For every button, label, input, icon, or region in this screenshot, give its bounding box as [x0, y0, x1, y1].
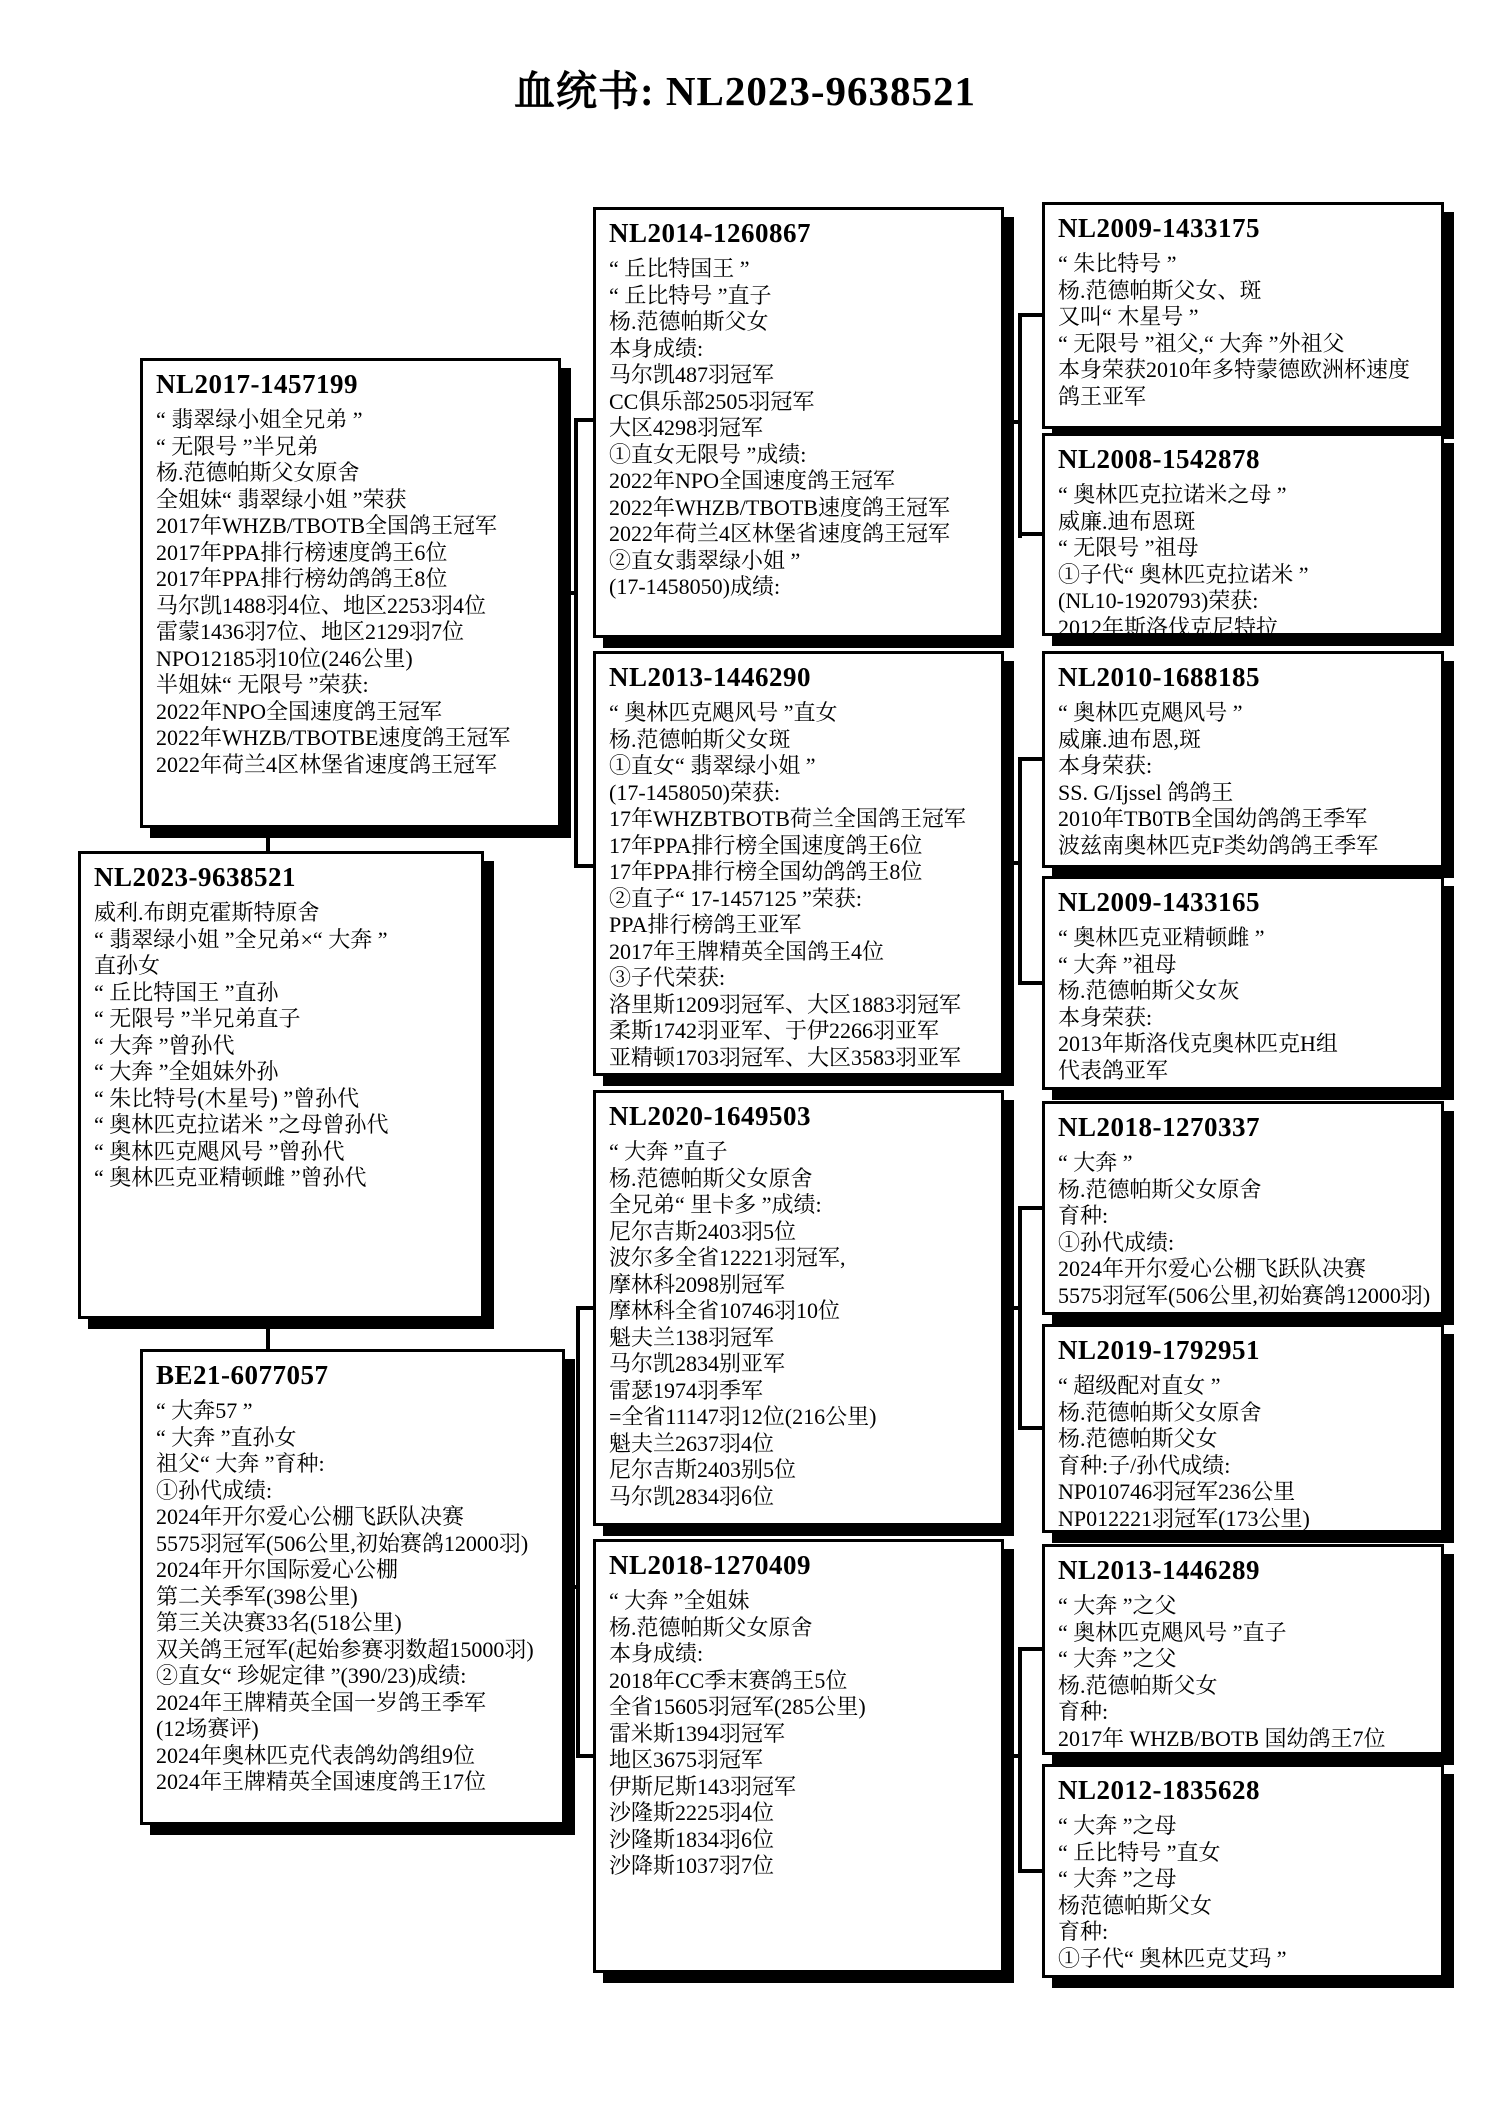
pedigree-line: 鸽王亚军: [1058, 384, 1431, 411]
pedigree-line: “ 大奔57 ”: [156, 1398, 552, 1425]
pedigree-line: “ 超级配对直女 ”: [1058, 1373, 1431, 1400]
box-lines: “ 奥林匹克飓风号 ”直女杨.范德帕斯父女斑①直女“ 翡翠绿小姐 ”(17-14…: [609, 700, 991, 1071]
pedigree-line: “ 丘比特国王 ”: [609, 256, 991, 283]
pedigree-line: 地区3675羽冠军: [609, 1747, 991, 1774]
pedigree-line: 本身成绩:: [609, 336, 991, 363]
pedigree-line: 17年WHZBTBOTB荷兰全国鸽王冠军: [609, 806, 991, 833]
pedigree-line: ①直女“ 翡翠绿小姐 ”: [609, 753, 991, 780]
pedigree-line: 沙隆斯2225羽4位: [609, 1800, 991, 1827]
box-lines: “ 大奔 ”之母“ 丘比特号 ”直女“ 大奔 ”之母杨范德帕斯父女育种:①子代“…: [1058, 1813, 1431, 1972]
pedigree-line: 2024年开尔爱心公棚飞跃队决赛: [156, 1504, 552, 1531]
pedigree-line: ③子代荣获:: [609, 965, 991, 992]
pedigree-line: 2017年PPA排行榜幼鸽鸽王8位: [156, 566, 548, 593]
pedigree-line: 摩林科2098别冠军: [609, 1272, 991, 1299]
pedigree-line: 2024年王牌精英全国速度鸽王17位: [156, 1769, 552, 1796]
pedigree-line: 威利.布朗克霍斯特原舍: [94, 900, 471, 927]
pedigree-line: NP012221羽冠军(173公里): [1058, 1506, 1431, 1533]
ring-number: NL2009-1433175: [1058, 213, 1431, 244]
pedigree-line: 本身荣获:: [1058, 1005, 1431, 1032]
pedigree-line: 杨.范德帕斯父女原舍: [1058, 1400, 1431, 1427]
ring-number: NL2010-1688185: [1058, 662, 1431, 693]
connector-line: [576, 1306, 580, 1758]
connector-line: [1018, 313, 1042, 317]
pedigree-line: “ 奥林匹克拉诺米之母 ”: [1058, 482, 1431, 509]
pedigree-line: 5575羽冠军(506公里,初始赛鸽12000羽): [156, 1531, 552, 1558]
pedigree-line: 雷瑟1974羽季军: [609, 1378, 991, 1405]
connector-line: [1018, 532, 1042, 536]
pedigree-line: “ 大奔 ”祖母: [1058, 952, 1431, 979]
ring-number: NL2013-1446290: [609, 662, 991, 693]
pedigree-line: 17年PPA排行榜全国幼鸽鸽王8位: [609, 859, 991, 886]
pedigree-line: 育种:子/孙代成绩:: [1058, 1453, 1431, 1480]
connector-line: [1018, 757, 1022, 985]
pedigree-line: 本身成绩:: [609, 1641, 991, 1668]
connector-line: [1018, 757, 1042, 761]
ring-number: NL2013-1446289: [1058, 1555, 1431, 1586]
ring-number: NL2009-1433165: [1058, 887, 1431, 918]
connector-line: [574, 418, 593, 422]
pedigree-line: 威廉.迪布恩,斑: [1058, 727, 1431, 754]
pedigree-box-be21-6077057: BE21-6077057 “ 大奔57 ”“ 大奔 ”直孙女祖父“ 大奔 ”育种…: [140, 1349, 565, 1825]
pedigree-line: “ 朱比特号(木星号) ”曾孙代: [94, 1086, 471, 1113]
pedigree-box-nl2013-1446290: NL2013-1446290 “ 奥林匹克飓风号 ”直女杨.范德帕斯父女斑①直女…: [593, 651, 1004, 1076]
ring-number: NL2012-1835628: [1058, 1775, 1431, 1806]
pedigree-line: ②直女“ 珍妮定律 ”(390/23)成绩:: [156, 1663, 552, 1690]
pedigree-line: 波尔多全省12221羽冠军,: [609, 1245, 991, 1272]
pedigree-line: 2024年奥林匹克代表鸽幼鸽组9位: [156, 1743, 552, 1770]
pedigree-line: “ 奥林匹克飓风号 ”曾孙代: [94, 1139, 471, 1166]
pedigree-line: “ 大奔 ”之母: [1058, 1866, 1431, 1893]
pedigree-line: 马尔凯2834别亚军: [609, 1351, 991, 1378]
box-lines: “ 大奔 ”之父“ 奥林匹克飓风号 ”直子“ 大奔 ”之父杨.范德帕斯父女育种:…: [1058, 1593, 1431, 1752]
pedigree-box-nl2018-1270337: NL2018-1270337 “ 大奔 ”杨.范德帕斯父女原舍育种:①孙代成绩:…: [1042, 1101, 1444, 1315]
pedigree-line: 祖父“ 大奔 ”育种:: [156, 1451, 552, 1478]
pedigree-line: “ 无限号 ”祖母: [1058, 535, 1431, 562]
pedigree-box-nl2013-1446289: NL2013-1446289 “ 大奔 ”之父“ 奥林匹克飓风号 ”直子“ 大奔…: [1042, 1544, 1444, 1755]
pedigree-line: 2022年NPO全国速度鸽王冠军: [156, 699, 548, 726]
pedigree-line: “ 丘比特号 ”直子: [609, 283, 991, 310]
connector-line: [574, 864, 593, 868]
pedigree-line: CC俱乐部2505羽冠军: [609, 389, 991, 416]
pedigree-line: 伊斯尼斯143羽冠军: [609, 1774, 991, 1801]
pedigree-line: “ 翡翠绿小姐全兄弟 ”: [156, 407, 548, 434]
pedigree-line: 17年PPA排行榜全国速度鸽王6位: [609, 833, 991, 860]
box-lines: “ 大奔 ”直子杨.范德帕斯父女原舍全兄弟“ 里卡多 ”成绩:尼尔吉斯2403羽…: [609, 1139, 991, 1510]
pedigree-line: 全姐妹“ 翡翠绿小姐 ”荣获: [156, 487, 548, 514]
pedigree-line: 杨范德帕斯父女: [1058, 1893, 1431, 1920]
pedigree-line: ①子代“ 奥林匹克拉诺米 ”: [1058, 562, 1431, 589]
pedigree-line: 育种:: [1058, 1203, 1431, 1230]
box-lines: “ 奥林匹克亚精顿雌 ”“ 大奔 ”祖母杨.范德帕斯父女灰本身荣获:2013年斯…: [1058, 925, 1431, 1084]
box-lines: “ 丘比特国王 ”“ 丘比特号 ”直子杨.范德帕斯父女本身成绩:马尔凯487羽冠…: [609, 256, 991, 601]
pedigree-line: 杨.范德帕斯父女原舍: [156, 460, 548, 487]
pedigree-line: (NL10-1920793)荣获:: [1058, 588, 1431, 615]
connector-line: [1018, 313, 1022, 538]
pedigree-line: 2010年TB0TB全国幼鸽鸽王季军: [1058, 806, 1431, 833]
pedigree-line: (17-1458050)荣获:: [609, 780, 991, 807]
pedigree-box-nl2020-1649503: NL2020-1649503 “ 大奔 ”直子杨.范德帕斯父女原舍全兄弟“ 里卡…: [593, 1090, 1004, 1526]
pedigree-line: 2024年开尔爱心公棚飞跃队决赛: [1058, 1256, 1431, 1283]
pedigree-line: 2017年WHZB/TBOTB全国鸽王冠军: [156, 513, 548, 540]
pedigree-line: 威廉.迪布恩斑: [1058, 509, 1431, 536]
pedigree-line: 洛里斯1209羽冠军、大区1883羽冠军: [609, 992, 991, 1019]
pedigree-box-nl2012-1835628: NL2012-1835628 “ 大奔 ”之母“ 丘比特号 ”直女“ 大奔 ”之…: [1042, 1764, 1444, 1978]
pedigree-line: 2024年王牌精英全国一岁鸽王季军: [156, 1690, 552, 1717]
pedigree-line: 育种:: [1058, 1699, 1431, 1726]
pedigree-line: 杨.范德帕斯父女原舍: [609, 1166, 991, 1193]
pedigree-line: 2022年荷兰4区林堡省速度鸽王冠军: [156, 752, 548, 779]
pedigree-line: ②直子“ 17-1457125 ”荣获:: [609, 886, 991, 913]
pedigree-box-nl2010-1688185: NL2010-1688185 “ 奥林匹克飓风号 ”威廉.迪布恩,斑本身荣获:S…: [1042, 651, 1444, 868]
connector-line: [1018, 1647, 1042, 1651]
pedigree-line: 杨.范德帕斯父女斑: [609, 727, 991, 754]
pedigree-line: 杨.范德帕斯父女: [1058, 1426, 1431, 1453]
pedigree-line: 杨.范德帕斯父女、斑: [1058, 278, 1431, 305]
pedigree-line: 2024年开尔国际爱心公棚: [156, 1557, 552, 1584]
ring-number: NL2023-9638521: [94, 862, 471, 893]
pedigree-line: (12场赛评): [156, 1716, 552, 1743]
box-lines: 威利.布朗克霍斯特原舍“ 翡翠绿小姐 ”全兄弟×“ 大奔 ”直孙女“ 丘比特国王…: [94, 900, 471, 1192]
pedigree-line: “ 大奔 ”之父: [1058, 1646, 1431, 1673]
pedigree-line: 摩林科全省10746羽10位: [609, 1298, 991, 1325]
pedigree-line: “ 奥林匹克飓风号 ”直子: [1058, 1620, 1431, 1647]
box-lines: “ 奥林匹克飓风号 ”威廉.迪布恩,斑本身荣获:SS. G/Ijssel 鸽鸽王…: [1058, 700, 1431, 859]
connector-line: [1018, 1426, 1042, 1430]
ring-number: NL2020-1649503: [609, 1101, 991, 1132]
pedigree-line: “ 大奔 ”之母: [1058, 1813, 1431, 1840]
pedigree-line: 沙降斯1037羽7位: [609, 1853, 991, 1880]
connector-line: [1018, 1647, 1022, 1873]
ring-number: BE21-6077057: [156, 1360, 552, 1391]
pedigree-line: “ 奥林匹克拉诺米 ”之母曾孙代: [94, 1112, 471, 1139]
pedigree-box-nl2018-1270409: NL2018-1270409 “ 大奔 ”全姐妹杨.范德帕斯父女原舍本身成绩:2…: [593, 1539, 1004, 1973]
box-lines: “ 大奔 ”杨.范德帕斯父女原舍育种:①孙代成绩:2024年开尔爱心公棚飞跃队决…: [1058, 1150, 1431, 1309]
pedigree-line: 2017年王牌精英全国鸽王4位: [609, 939, 991, 966]
pedigree-box-nl2009-1433165: NL2009-1433165 “ 奥林匹克亚精顿雌 ”“ 大奔 ”祖母杨.范德帕…: [1042, 876, 1444, 1090]
pedigree-line: “ 大奔 ”直孙女: [156, 1425, 552, 1452]
connector-line: [266, 1319, 270, 1352]
ring-number: NL2018-1270337: [1058, 1112, 1431, 1143]
pedigree-line: “ 奥林匹克飓风号 ”: [1058, 700, 1431, 727]
pedigree-line: 2018年CC季末赛鸽王5位: [609, 1668, 991, 1695]
box-lines: “ 大奔 ”全姐妹杨.范德帕斯父女原舍本身成绩:2018年CC季末赛鸽王5位全省…: [609, 1588, 991, 1880]
connector-line: [576, 1754, 593, 1758]
pedigree-line: ①孙代成绩:: [156, 1478, 552, 1505]
connector-line: [1018, 1869, 1042, 1873]
pedigree-line: 2013年斯洛伐克奥林匹克H组: [1058, 1031, 1431, 1058]
pedigree-line: “ 朱比特号 ”: [1058, 251, 1431, 278]
connector-line: [266, 828, 270, 854]
pedigree-line: “ 大奔 ”曾孙代: [94, 1033, 471, 1060]
pedigree-line: NP010746羽冠军236公里: [1058, 1479, 1431, 1506]
pedigree-line: 马尔凯1488羽4位、地区2253羽4位: [156, 593, 548, 620]
pedigree-line: “ 奥林匹克飓风号 ”直女: [609, 700, 991, 727]
pedigree-line: “ 奥林匹克亚精顿雌 ”曾孙代: [94, 1165, 471, 1192]
pedigree-line: 半姐妹“ 无限号 ”荣获:: [156, 672, 548, 699]
pedigree-line: 本身荣获2010年多特蒙德欧洲杯速度: [1058, 357, 1431, 384]
pedigree-line: 育种:: [1058, 1919, 1431, 1946]
pedigree-line: 魁夫兰2637羽4位: [609, 1431, 991, 1458]
pedigree-line: 第二关季军(398公里): [156, 1584, 552, 1611]
pedigree-line: SS. G/Ijssel 鸽鸽王: [1058, 780, 1431, 807]
pedigree-line: 第三关决赛33名(518公里): [156, 1610, 552, 1637]
pedigree-line: “ 无限号 ”祖父,“ 大奔 ”外祖父: [1058, 331, 1431, 358]
pedigree-line: 尼尔吉斯2403羽5位: [609, 1219, 991, 1246]
box-lines: “ 朱比特号 ”杨.范德帕斯父女、斑又叫“ 木星号 ”“ 无限号 ”祖父,“ 大…: [1058, 251, 1431, 410]
pedigree-line: 雷米斯1394羽冠军: [609, 1721, 991, 1748]
pedigree-line: 尼尔吉斯2403别5位: [609, 1457, 991, 1484]
pedigree-line: ①子代“ 奥林匹克艾玛 ”: [1058, 1946, 1431, 1973]
pedigree-box-nl2014-1260867: NL2014-1260867 “ 丘比特国王 ”“ 丘比特号 ”直子杨.范德帕斯…: [593, 207, 1004, 638]
pedigree-line: ②直女翡翠绿小姐 ”: [609, 548, 991, 575]
pedigree-line: “ 大奔 ”全姐妹外孙: [94, 1059, 471, 1086]
pedigree-line: “ 无限号 ”半兄弟直子: [94, 1006, 471, 1033]
pedigree-line: 又叫“ 木星号 ”: [1058, 304, 1431, 331]
pedigree-box-nl2017-1457199: NL2017-1457199 “ 翡翠绿小姐全兄弟 ”“ 无限号 ”半兄弟杨.范…: [140, 358, 561, 828]
box-lines: “ 大奔57 ”“ 大奔 ”直孙女祖父“ 大奔 ”育种:①孙代成绩:2024年开…: [156, 1398, 552, 1796]
ring-number: NL2018-1270409: [609, 1550, 991, 1581]
pedigree-line: (17-1458050)成绩:: [609, 574, 991, 601]
pedigree-line: 杨.范德帕斯父女灰: [1058, 978, 1431, 1005]
pedigree-line: 柔斯1742羽亚军、于伊2266羽亚军: [609, 1018, 991, 1045]
pedigree-line: 2022年NPO全国速度鸽王冠军: [609, 468, 991, 495]
pedigree-line: NPO12185羽10位(246公里): [156, 646, 548, 673]
pedigree-line: ①孙代成绩:: [1058, 1230, 1431, 1257]
pedigree-line: 马尔凯487羽冠军: [609, 362, 991, 389]
ring-number: NL2008-1542878: [1058, 444, 1431, 475]
pedigree-line: 全省15605羽冠军(285公里): [609, 1694, 991, 1721]
pedigree-line: 大区4298羽冠军: [609, 415, 991, 442]
pedigree-line: 雷蒙1436羽7位、地区2129羽7位: [156, 619, 548, 646]
connector-line: [574, 418, 578, 868]
connector-line: [1018, 1206, 1042, 1210]
pedigree-line: “ 大奔 ”: [1058, 1150, 1431, 1177]
pedigree-line: 双关鸽王冠军(起始参赛羽数超15000羽): [156, 1637, 552, 1664]
pedigree-line: 2017年PPA排行榜速度鸽王6位: [156, 540, 548, 567]
connector-line: [1018, 981, 1042, 985]
pedigree-line: 魁夫兰138羽冠军: [609, 1325, 991, 1352]
pedigree-line: “ 大奔 ”直子: [609, 1139, 991, 1166]
ring-number: NL2014-1260867: [609, 218, 991, 249]
ring-number: NL2017-1457199: [156, 369, 548, 400]
pedigree-box-nl2009-1433175: NL2009-1433175 “ 朱比特号 ”杨.范德帕斯父女、斑又叫“ 木星号…: [1042, 202, 1444, 429]
pedigree-line: 杨.范德帕斯父女: [609, 309, 991, 336]
pedigree-line: 2017年 WHZB/BOTB 国幼鸽王7位: [1058, 1726, 1431, 1753]
pedigree-line: 2022年WHZB/TBOTB速度鸽王冠军: [609, 495, 991, 522]
pedigree-line: 杨.范德帕斯父女原舍: [1058, 1177, 1431, 1204]
pedigree-line: “ 大奔 ”全姐妹: [609, 1588, 991, 1615]
pedigree-line: “ 大奔 ”之父: [1058, 1593, 1431, 1620]
pedigree-line: 杨.范德帕斯父女原舍: [609, 1615, 991, 1642]
pedigree-box-nl2008-1542878: NL2008-1542878 “ 奥林匹克拉诺米之母 ”威廉.迪布恩斑“ 无限号…: [1042, 433, 1444, 636]
pedigree-line: 沙隆斯1834羽6位: [609, 1827, 991, 1854]
pedigree-line: “ 丘比特号 ”直女: [1058, 1840, 1431, 1867]
pedigree-line: 马尔凯2834羽6位: [609, 1484, 991, 1511]
pedigree-line: 亚精顿1703羽冠军、大区3583羽亚军: [609, 1045, 991, 1072]
pedigree-line: 代表鸽亚军: [1058, 1058, 1431, 1085]
pedigree-line: 直孙女: [94, 953, 471, 980]
pedigree-line: ①直女无限号 ”成绩:: [609, 442, 991, 469]
pedigree-line: “ 翡翠绿小姐 ”全兄弟×“ 大奔 ”: [94, 927, 471, 954]
pedigree-line: 2012年斯洛伐克尼特拉: [1058, 615, 1431, 642]
pedigree-line: 2022年荷兰4区林堡省速度鸽王冠军: [609, 521, 991, 548]
pedigree-line: 全兄弟“ 里卡多 ”成绩:: [609, 1192, 991, 1219]
pedigree-line: =全省11147羽12位(216公里): [609, 1404, 991, 1431]
pedigree-box-nl2023-9638521: NL2023-9638521 威利.布朗克霍斯特原舍“ 翡翠绿小姐 ”全兄弟×“…: [78, 851, 484, 1319]
pedigree-line: 波兹南奥林匹克F类幼鸽鸽王季军: [1058, 833, 1431, 860]
connector-line: [576, 1306, 593, 1310]
pedigree-line: 杨.范德帕斯父女: [1058, 1673, 1431, 1700]
connector-line: [1018, 1206, 1022, 1430]
pedigree-line: “ 丘比特国王 ”直孙: [94, 980, 471, 1007]
pedigree-line: “ 无限号 ”半兄弟: [156, 434, 548, 461]
pedigree-line: PPA排行榜鸽王亚军: [609, 912, 991, 939]
pedigree-line: 2022年WHZB/TBOTBE速度鸽王冠军: [156, 725, 548, 752]
pedigree-line: 本身荣获:: [1058, 753, 1431, 780]
box-lines: “ 奥林匹克拉诺米之母 ”威廉.迪布恩斑“ 无限号 ”祖母①子代“ 奥林匹克拉诺…: [1058, 482, 1431, 641]
box-lines: “ 超级配对直女 ”杨.范德帕斯父女原舍杨.范德帕斯父女育种:子/孙代成绩:NP…: [1058, 1373, 1431, 1532]
page-title: 血统书: NL2023-9638521: [0, 58, 1490, 117]
pedigree-line: 5575羽冠军(506公里,初始赛鸽12000羽): [1058, 1283, 1431, 1310]
box-lines: “ 翡翠绿小姐全兄弟 ”“ 无限号 ”半兄弟杨.范德帕斯父女原舍全姐妹“ 翡翠绿…: [156, 407, 548, 778]
pedigree-box-nl2019-1792951: NL2019-1792951 “ 超级配对直女 ”杨.范德帕斯父女原舍杨.范德帕…: [1042, 1324, 1444, 1533]
pedigree-line: “ 奥林匹克亚精顿雌 ”: [1058, 925, 1431, 952]
ring-number: NL2019-1792951: [1058, 1335, 1431, 1366]
